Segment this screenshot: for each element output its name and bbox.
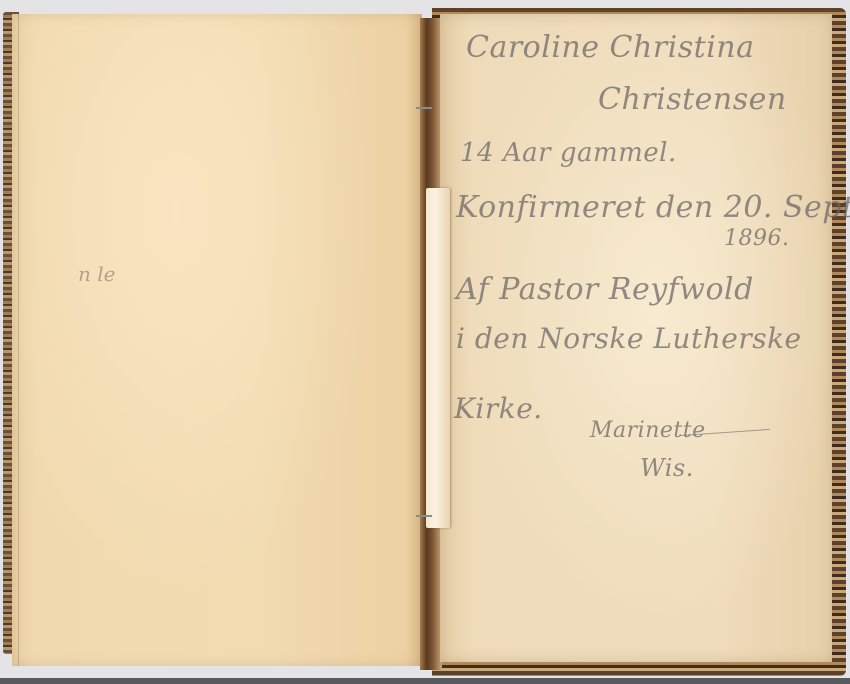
inscription-line-name: Caroline Christina (466, 30, 755, 65)
inscription-line-surname: Christensen (598, 82, 787, 117)
inscription-line-age: 14 Aar gammel. (460, 138, 677, 168)
inscription-line-year: 1896. (724, 226, 789, 251)
inscription-line-pastor: Af Pastor Reyfwold (456, 272, 754, 307)
book-scan: n le Caroline Christina Christensen 14 A… (0, 0, 850, 684)
inscription-line-city: Marinette (590, 418, 706, 443)
binding-thread (416, 515, 432, 517)
left-page (12, 14, 422, 666)
inscription-line-church: i den Norske Lutherske (456, 322, 802, 355)
page-edge-line (18, 14, 19, 666)
left-page-faint-mark: n le (78, 262, 115, 286)
scanner-edge (0, 678, 850, 684)
spine-paper-strip (426, 188, 450, 528)
inscription-line-kirke: Kirke. (454, 392, 543, 425)
inscription-line-confirmation: Konfirmeret den 20. Sept. (456, 190, 850, 225)
inscription-line-state: Wis. (640, 454, 694, 482)
binding-thread (416, 107, 432, 109)
